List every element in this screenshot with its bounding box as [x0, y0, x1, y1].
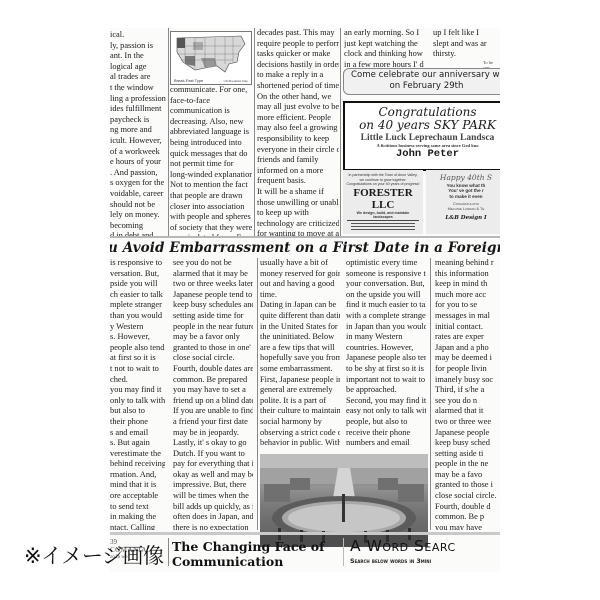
footer-article-title: The Changing Face of Communication: [172, 539, 325, 569]
text-line: t the window: [110, 83, 166, 94]
text-line: but also to: [110, 406, 165, 417]
text-line: optimistic every time: [346, 258, 426, 269]
text-line: people in the ne: [435, 459, 500, 470]
text-line: in the United States for: [260, 322, 340, 333]
newspaper-page: ical.ly, passion isant. In thelogical ag…: [110, 28, 500, 572]
text-line: with a complete stranger: [346, 311, 426, 322]
article-headline: u Avoid Embarrassment on a First Date in…: [110, 240, 500, 256]
text-line: Japanese people tend to: [173, 290, 253, 301]
text-line: ch easier to talk: [110, 290, 165, 301]
text-line: messages in mal: [435, 311, 500, 322]
text-line: ched.: [110, 375, 165, 386]
text-line: keep busy schedules and: [173, 300, 253, 311]
text-line: First, Japanese people in: [260, 375, 340, 386]
text-line: for people livin: [435, 364, 500, 375]
ad-forester-fineprint: [351, 223, 415, 232]
text-line: s and email: [110, 428, 165, 439]
text-line: thirsty.: [433, 49, 500, 60]
article-col4: optimistic every timesomeone is responsi…: [346, 258, 426, 448]
text-line: ntact. Calling: [110, 523, 165, 530]
text-line: the uninitiated. Below: [260, 332, 340, 343]
text-line: It will be a shame if: [257, 187, 339, 198]
text-line: s. But again: [110, 438, 165, 449]
text-line: find it much easier to talk: [346, 300, 426, 311]
text-line: Japan and a pho: [435, 343, 500, 354]
text-line: common. Be p: [435, 512, 500, 523]
text-line: bill adds up quickly, as it: [173, 502, 253, 513]
text-line: ly, passion is: [110, 41, 166, 52]
column-divider: [340, 28, 341, 236]
text-line: two or three weeks later.: [173, 279, 253, 290]
text-line: closer into association: [170, 202, 252, 213]
text-line: their culture to maintain: [260, 406, 340, 417]
text-line: for wanting to move at a: [257, 229, 339, 236]
text-line: Dating in Japan can be: [260, 300, 340, 311]
text-line: to be shy at first so it is: [346, 364, 426, 375]
text-line: may also feel a growing: [257, 123, 339, 134]
text-line: everyone in their circle of: [257, 145, 339, 156]
text-line: are a few tips that will: [260, 343, 340, 354]
ad-anniversary: Come celebrate our anniversary wi on Feb…: [343, 68, 500, 95]
text-line: general are extremely: [260, 385, 340, 396]
text-line: much more acc: [435, 290, 500, 301]
text-line: easy not only to talk with: [346, 406, 426, 417]
text-line: their phone: [110, 417, 165, 428]
text-line: require people to perform: [257, 39, 339, 50]
word-search-subtitle: Search below words in 3mini: [350, 558, 431, 565]
text-line: ical.: [110, 30, 166, 41]
text-line: often does in Japan, and: [173, 512, 253, 523]
text-line: friends and family: [257, 155, 339, 166]
text-line: polite. It is a part of: [260, 396, 340, 407]
text-line: communication is: [170, 106, 252, 117]
text-line: those unwilling or unable: [257, 198, 339, 209]
text-line: may be deemed i: [435, 353, 500, 364]
text-line: informed on a more: [257, 166, 339, 177]
text-line: to keep up with: [257, 208, 339, 219]
us-map-icon: [171, 32, 249, 76]
top-col1: ical.ly, passion isant. In thelogical ag…: [110, 30, 166, 236]
text-line: two or three wee: [435, 417, 500, 428]
article-col5: meaning behind rthis informationkeep in …: [435, 258, 500, 530]
text-line: communicate. For one,: [170, 85, 252, 96]
text-line: decreasing. Also, new: [170, 117, 252, 128]
ad-forester: In partnership with the Town of Anon Val…: [343, 170, 423, 234]
text-line: If you are unable to find: [173, 406, 253, 417]
text-line: close social circle.: [435, 491, 500, 502]
text-line: pside you will: [110, 279, 165, 290]
text-line: money reserved for going: [260, 269, 340, 280]
article-col2: see you do not bealarmed that it may bet…: [173, 258, 253, 530]
text-line: decades past. This may: [257, 28, 339, 39]
text-line: out and having a good: [260, 279, 340, 290]
section-divider: [110, 236, 500, 238]
text-line: ant. In the: [110, 51, 166, 62]
text-line: quite different than dating: [260, 311, 340, 322]
text-line: pay for everything that is: [173, 459, 253, 470]
text-line: alarmed that it may be: [173, 269, 253, 280]
text-line: being introduced into: [170, 138, 252, 149]
text-line: granted to those in one' s: [173, 343, 253, 354]
footer-title-line1: The Changing Face of: [172, 539, 325, 554]
ad-congrats-business: Little Luck Leprechaun Landsca: [345, 133, 500, 143]
ad-anniversary-line1: Come celebrate our anniversary wi: [344, 70, 500, 81]
text-line: keep in mind th: [435, 279, 500, 290]
text-line: ore acceptable: [110, 491, 165, 502]
text-line: your conversation. But,: [346, 279, 426, 290]
text-line: of a workweek: [110, 147, 166, 158]
text-line: long-winded explanations.: [170, 170, 252, 181]
top-col2: communicate. For one,face-to-facecommuni…: [170, 85, 252, 237]
text-line: Not to mention the fact: [170, 180, 252, 191]
column-divider: [254, 28, 255, 236]
text-line: some embarrassment.: [260, 364, 340, 375]
ad-happy-design: L&B Design I: [426, 215, 500, 222]
text-line: people also tend: [110, 343, 165, 354]
text-line: responsibility to keep: [257, 134, 339, 145]
ad-forester-name: FORESTER LLC: [343, 187, 423, 211]
text-line: Fourth, double d: [435, 502, 500, 513]
text-line: be approached.: [346, 385, 426, 396]
top-col3: decades past. This mayrequire people to …: [257, 28, 339, 236]
text-line: shortened period of time.: [257, 81, 339, 92]
text-line: on the upside you will: [346, 290, 426, 301]
text-line: usually have a bit of: [260, 258, 340, 269]
ad-happy-names: Melonie Landan & Te: [426, 207, 500, 212]
text-line: countries. However,: [346, 343, 426, 354]
text-line: just kept watching the: [344, 39, 424, 50]
text-line: mind that it is: [110, 480, 165, 491]
article-col3: usually have a bit ofmoney reserved for …: [260, 258, 340, 448]
text-line: ng more and: [110, 125, 166, 136]
top-col4: an early morning. So Ijust kept watching…: [344, 28, 424, 72]
text-line: tasks quicker or make: [257, 49, 339, 60]
text-line: imanely busy soc: [435, 375, 500, 386]
word-search-title: A Word Searc: [350, 538, 456, 555]
text-line: see you do n: [435, 396, 500, 407]
text-line: rates are exper: [435, 332, 500, 343]
text-line: at first so it is: [110, 353, 165, 364]
text-line: will be times when the: [173, 491, 253, 502]
text-line: quick messages that do: [170, 149, 252, 160]
ad-happy-anniversary: Happy 40th S You know what th You' ve go…: [426, 170, 500, 234]
ad-forester-sub: We design, build, and maintain landscape…: [347, 211, 419, 221]
ad-congrats-subtitle: on 40 years SKY PARK: [345, 119, 500, 132]
text-line: y Western: [110, 322, 165, 333]
text-line: Japanese people: [435, 428, 500, 439]
text-line: rmation. And,: [110, 470, 165, 481]
text-line: versation. But,: [110, 269, 165, 280]
article-col1: is responsive toversation. But,pside you…: [110, 258, 165, 530]
text-line: Lastly, it' s okay to go: [173, 438, 253, 449]
text-line: ides fulfillment: [110, 104, 166, 115]
text-line: important not to wait to: [346, 375, 426, 386]
text-line: s. However,: [110, 332, 165, 343]
map-credit: US Breakfast Map: [224, 79, 248, 83]
text-line: e hours of your: [110, 157, 166, 168]
footer-title-line2: Communication: [172, 554, 325, 569]
text-line: Third, if s/he a: [435, 385, 500, 396]
text-line: icult. However,: [110, 136, 166, 147]
text-line: you may find it: [110, 385, 165, 396]
text-line: t not to wait to: [110, 364, 165, 375]
text-line: clock and thinking how: [344, 49, 424, 60]
text-line: On the other hand, we: [257, 92, 339, 103]
text-line: may be a favor only: [173, 332, 253, 343]
text-line: granted to those i: [435, 480, 500, 491]
text-line: keep busy sched: [435, 438, 500, 449]
ad-anniversary-line2: on February 29th: [344, 81, 500, 92]
text-line: mplete stranger: [110, 300, 165, 311]
text-line: impressive. But, there: [173, 480, 253, 491]
text-line: s oxygen for the: [110, 178, 166, 189]
text-line: may all just evolve to be: [257, 102, 339, 113]
text-line: Fourth, double dates are: [173, 364, 253, 375]
ad-happy-line3: to make it even: [426, 194, 500, 199]
footer-divider-right: [343, 538, 344, 566]
footer-divider: [110, 532, 500, 535]
column-divider: [257, 258, 258, 530]
text-line: hopefully save you from: [260, 353, 340, 364]
footer-divider-left: [168, 538, 169, 566]
text-line: not permit time for: [170, 159, 252, 170]
text-line: observing a strict code of: [260, 428, 340, 439]
text-line: time.: [260, 290, 340, 301]
text-line: setting aside time for: [173, 311, 253, 322]
text-line: al trades are: [110, 72, 166, 83]
text-line: slept and was ar: [433, 39, 500, 50]
text-line: friend up on a blind date.: [173, 396, 253, 407]
text-line: someone is responsive to: [346, 269, 426, 280]
text-line: face-to-face: [170, 96, 252, 107]
text-line: up I felt like I: [433, 28, 500, 39]
image-note-caption: ※イメージ画像: [24, 540, 163, 570]
text-line: to send text: [110, 502, 165, 513]
text-line: an early morning. So I: [344, 28, 424, 39]
text-line: should not be: [110, 200, 166, 211]
ad-forester-line1: In partnership with the Town of Anon Val…: [343, 173, 423, 178]
text-line: people in the near future: [173, 322, 253, 333]
text-line: social harmony by: [260, 417, 340, 428]
text-line: this information: [435, 269, 500, 280]
text-line: lely on money.: [110, 210, 166, 221]
text-line: meaning behind r: [435, 258, 500, 269]
text-line: Japanese people also tend: [346, 353, 426, 364]
text-line: there is no expectation: [173, 523, 253, 530]
text-line: common. Be prepared: [173, 375, 253, 386]
text-line: alarmed that it: [435, 406, 500, 417]
text-line: you may have: [435, 523, 500, 530]
text-line: logical age: [110, 62, 166, 73]
text-line: you may have to set a: [173, 385, 253, 396]
text-line: in Japan than you would: [346, 322, 426, 333]
text-line: a friend your first date: [173, 417, 253, 428]
text-line: with people and spheres: [170, 212, 252, 223]
text-line: in many Western: [346, 332, 426, 343]
text-line: people, but also to: [346, 417, 426, 428]
text-line: Dutch. If you want to: [173, 449, 253, 460]
text-line: . And passion,: [110, 168, 166, 179]
text-line: ling a profession: [110, 94, 166, 105]
text-line: paycheck is: [110, 115, 166, 126]
text-line: more efficient. People: [257, 113, 339, 124]
text-line: may be in jeopardy.: [173, 428, 253, 439]
top-col5: up I felt like Islept and was arthirsty.: [433, 28, 500, 64]
text-line: close social circle.: [173, 353, 253, 364]
text-line: numbers and email: [346, 438, 426, 448]
text-line: okay as well and may be: [173, 470, 253, 481]
text-line: that people are drawn: [170, 191, 252, 202]
text-line: for you to se: [435, 300, 500, 311]
column-divider: [430, 258, 431, 530]
text-line: abbreviated language is: [170, 127, 252, 138]
us-map-figure: Break-Fast Type US Breakfast Map: [170, 31, 252, 85]
text-line: of society that they were: [170, 223, 252, 234]
text-line: see you do not be: [173, 258, 253, 269]
text-line: behind receiving: [110, 459, 165, 470]
ad-congratulations: Congratulations on 40 years SKY PARK Lit…: [343, 101, 500, 171]
text-line: decisions hastily in order: [257, 60, 339, 71]
text-line: technology are criticized: [257, 219, 339, 230]
text-line: verestimate the: [110, 449, 165, 460]
text-line: becoming: [110, 221, 166, 232]
text-line: to make a reply in a: [257, 70, 339, 81]
text-line: receive their phone: [346, 428, 426, 439]
column-divider: [168, 28, 169, 236]
text-line: voidable, career: [110, 189, 166, 200]
text-line: frequent basis.: [257, 176, 339, 187]
text-line: Second, you may find it: [346, 396, 426, 407]
text-line: only to talk with: [110, 396, 165, 407]
text-line: than you would: [110, 311, 165, 322]
ad-congrats-name: John Peter: [345, 148, 500, 160]
text-line: behavior in public. With: [260, 438, 340, 448]
text-line: initial contact.: [435, 322, 500, 333]
text-line: in making the: [110, 512, 165, 523]
text-line: may be a favo: [435, 470, 500, 481]
text-line: setting aside ti: [435, 449, 500, 460]
map-caption: Break-Fast Type: [174, 78, 203, 83]
text-line: is responsive to: [110, 258, 165, 269]
ad-happy-title: Happy 40th S: [426, 173, 500, 183]
